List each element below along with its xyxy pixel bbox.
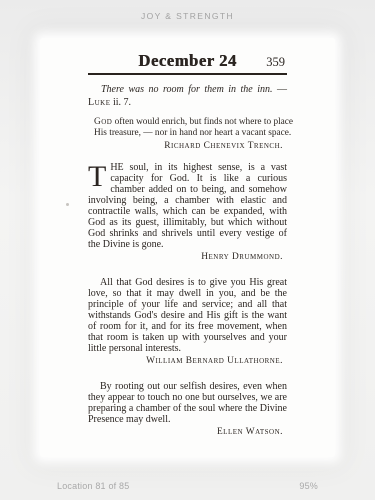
chapter-heading: December 24 (88, 51, 287, 71)
couplet-line-2: His treasure, — nor in hand nor heart a … (94, 128, 287, 139)
page-number: 359 (266, 55, 285, 70)
progress-percent: 95% (299, 481, 318, 491)
book-page[interactable]: December 24 359 There was no room for th… (40, 38, 335, 457)
reader-screen: JOY & STRENGTH December 24 359 There was… (0, 0, 375, 500)
poem-couplet: God often would enrich, but finds not wh… (94, 117, 287, 139)
book-title: JOY & STRENGTH (141, 11, 234, 21)
scripture-book: Luke (88, 97, 111, 108)
location-indicator: Location 81 of 85 (57, 481, 129, 491)
passage-drummond-text: HE soul, in its highest sense, is a vast… (88, 162, 287, 250)
attribution-watson: Ellen Watson. (88, 427, 287, 437)
attribution-drummond: Henry Drummond. (88, 252, 287, 262)
reader-footer: Location 81 of 85 95% (0, 476, 375, 500)
passage-ullathorne: All that God desires is to give you His … (88, 277, 287, 354)
scripture-quote: There was no room for them in the inn. (101, 84, 277, 95)
page-content: December 24 359 There was no room for th… (88, 51, 287, 437)
couplet-line-1: God often would enrich, but finds not wh… (94, 117, 287, 128)
couplet-line-1-rest: often would enrich, but finds not where … (112, 117, 293, 127)
scripture-verse-number: ii. 7. (111, 97, 132, 108)
attribution-trench: Richard Chenevix Trench. (88, 141, 287, 151)
attribution-ullathorne: William Bernard Ullathorne. (88, 356, 287, 366)
heading-rule (88, 73, 287, 75)
scripture-dash: — (277, 84, 287, 95)
scan-speck (66, 203, 69, 206)
drop-cap: T (88, 162, 110, 190)
couplet-lead-word: God (94, 117, 112, 127)
reader-header: JOY & STRENGTH (0, 0, 375, 30)
passage-drummond: THE soul, in its highest sense, is a vas… (88, 162, 287, 250)
passage-watson: By rooting out our selfish desires, even… (88, 381, 287, 425)
scripture-verse: There was no room for them in the inn. —… (88, 84, 287, 109)
page-heading-row: December 24 359 (88, 51, 287, 72)
